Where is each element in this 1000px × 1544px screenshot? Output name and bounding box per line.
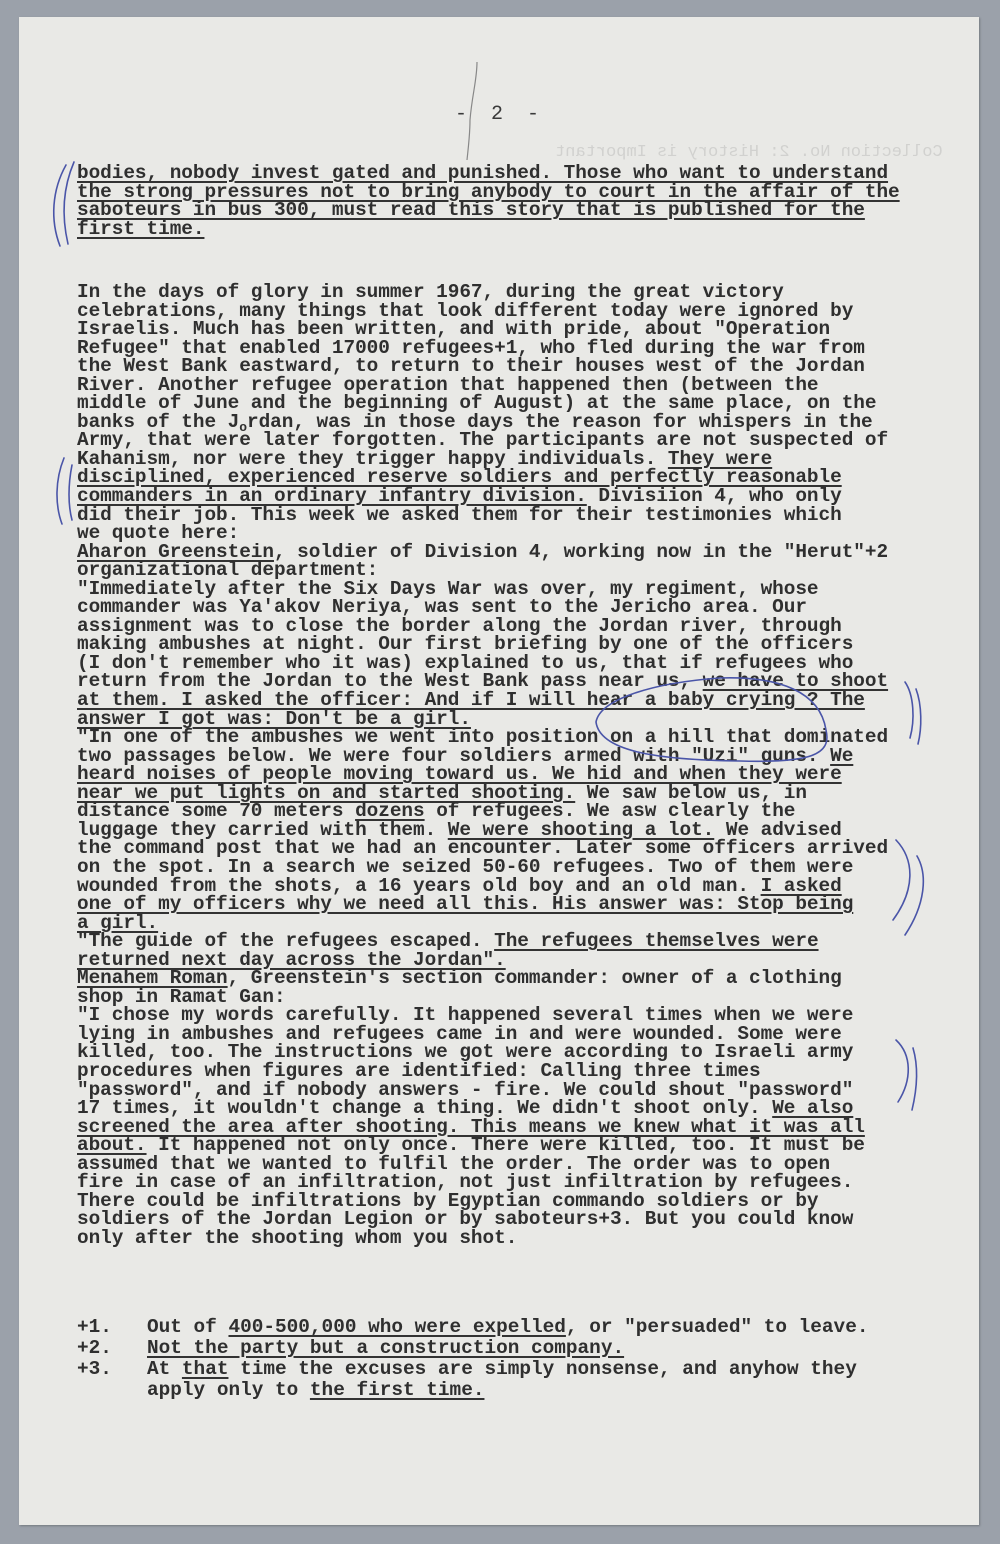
pen-annotations xyxy=(0,0,1000,1544)
circle-annotation-icon xyxy=(596,678,827,761)
pencil-mark xyxy=(467,62,477,160)
